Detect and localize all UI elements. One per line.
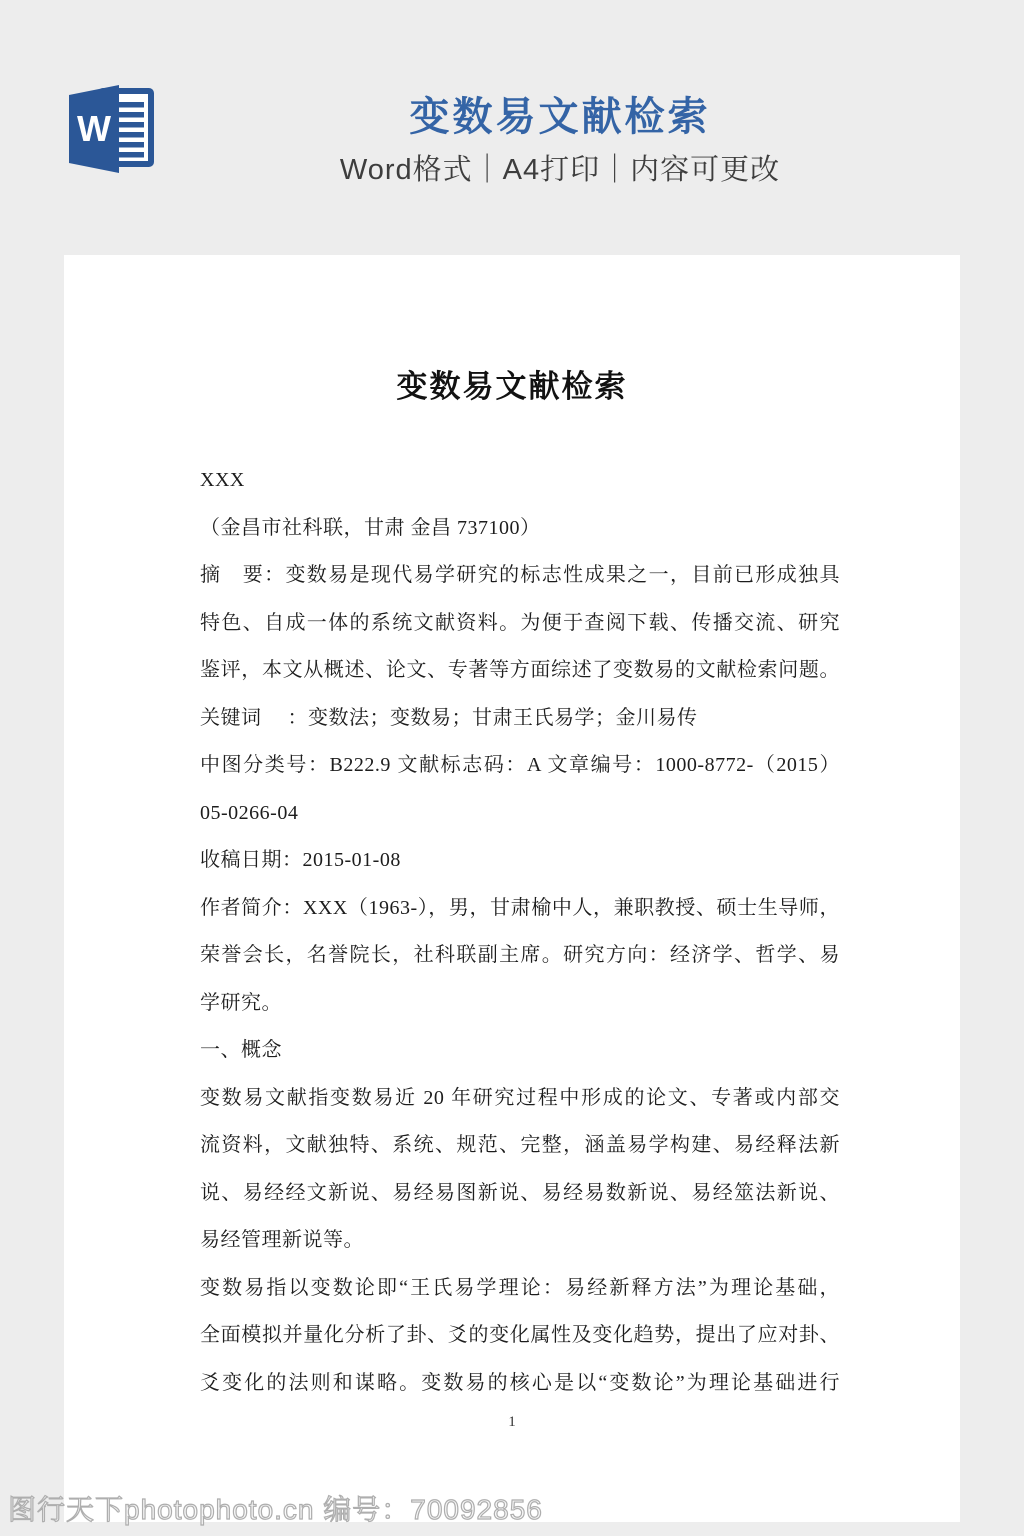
document-body: XXX （金昌市社科联，甘肃 金昌 737100） 摘 要：变数易是现代易学研究… (200, 457, 840, 1407)
doc-line: 全面模拟并量化分析了卦、爻的变化属性及变化趋势，提出了应对卦、 (200, 1312, 840, 1360)
doc-line: 作者简介：XXX（1963-），男，甘肃榆中人，兼职教授、硕士生导师， (200, 885, 840, 933)
doc-line: 流资料，文献独特、系统、规范、完整，涵盖易学构建、易经释法新 (200, 1122, 840, 1170)
word-logo-icon: W (62, 82, 158, 176)
doc-line: 说、易经经文新说、易经易图新说、易经易数新说、易经筮法新说、 (200, 1170, 840, 1218)
doc-line: 中图分类号：B222.9 文献标志码：A 文章编号：1000-8772-（201… (200, 742, 840, 790)
document-page: 变数易文献检索 XXX （金昌市社科联，甘肃 金昌 737100） 摘 要：变数… (64, 255, 960, 1522)
doc-line: XXX (200, 457, 840, 505)
doc-line: 学研究。 (200, 980, 840, 1028)
doc-line: 收稿日期：2015-01-08 (200, 837, 840, 885)
header-text-block: 变数易文献检索 Word格式｜A4打印｜内容可更改 (280, 94, 840, 187)
doc-line: 爻变化的法则和谋略。变数易的核心是以“变数论”为理论基础进行 (200, 1360, 840, 1408)
word-icon-letter: W (77, 108, 111, 149)
doc-line: 易经管理新说等。 (200, 1217, 840, 1265)
doc-line: 摘 要：变数易是现代易学研究的标志性成果之一，目前已形成独具 (200, 552, 840, 600)
template-title: 变数易文献检索 (280, 94, 840, 140)
template-preview-page: W 变数易文献检索 Word格式｜A4打印｜内容可更改 变数易文献检索 XXX … (0, 0, 1024, 1536)
doc-line: 荣誉会长，名誉院长，社科联副主席。研究方向：经济学、哲学、易 (200, 932, 840, 980)
document-title: 变数易文献检索 (64, 255, 960, 407)
doc-line: 05-0266-04 (200, 790, 840, 838)
doc-line: 鉴评，本文从概述、论文、专著等方面综述了变数易的文献检索问题。 (200, 647, 840, 695)
doc-line: 变数易指以变数论即“王氏易学理论：易经新释方法”为理论基础， (200, 1265, 840, 1313)
doc-line: 变数易文献指变数易近 20 年研究过程中形成的论文、专著或内部交 (200, 1075, 840, 1123)
doc-line: 关键词 ：变数法；变数易；甘肃王氏易学；金川易传 (200, 695, 840, 743)
template-format-info: Word格式｜A4打印｜内容可更改 (280, 153, 840, 187)
doc-line: （金昌市社科联，甘肃 金昌 737100） (200, 505, 840, 553)
doc-line: 一、概念 (200, 1027, 840, 1075)
doc-line: 特色、自成一体的系统文献资料。为便于查阅下载、传播交流、研究 (200, 600, 840, 648)
page-number: 1 (64, 1409, 960, 1435)
site-watermark: 图行天下photophoto.cn 编号：70092856 (8, 1488, 543, 1528)
